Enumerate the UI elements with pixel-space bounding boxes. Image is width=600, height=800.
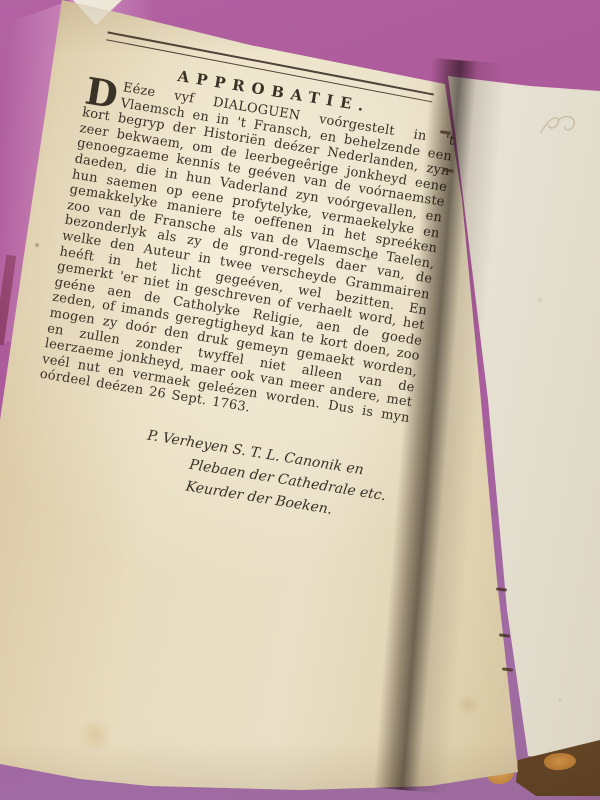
printed-text-block: APPROBATIE. DEéze vyf DIALOGUEN voórgest… [24, 34, 462, 531]
photo-open-book: APPROBATIE. DEéze vyf DIALOGUEN voórgest… [0, 0, 600, 800]
approbation-body: Eéze vyf DIALOGUEN voórgestelt in 't Vla… [39, 80, 456, 426]
drop-cap-letter: D [84, 74, 125, 109]
approbation-paragraph: DEéze vyf DIALOGUEN voórgestelt in 't Vl… [39, 74, 456, 441]
